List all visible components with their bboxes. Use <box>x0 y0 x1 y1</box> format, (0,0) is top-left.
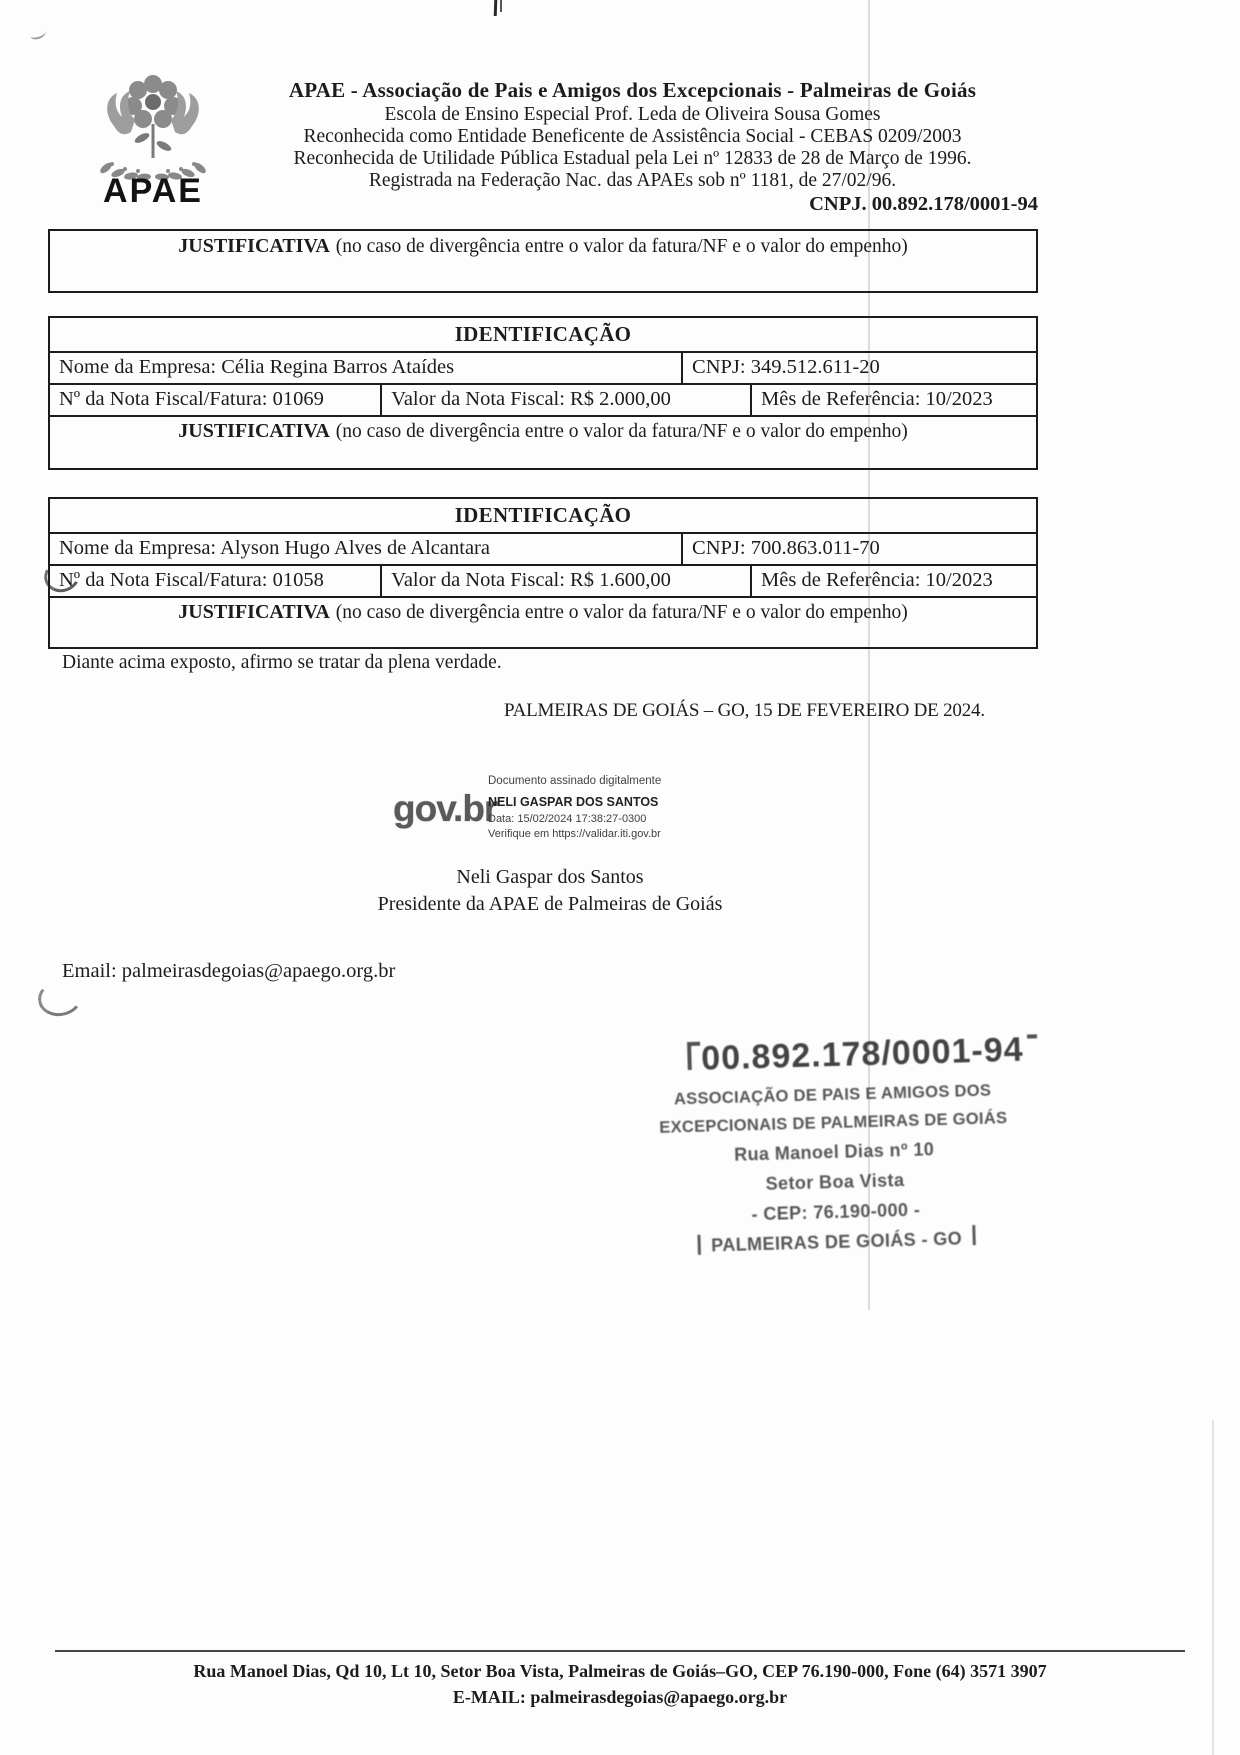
signature-note: Documento assinado digitalmente <box>488 775 661 787</box>
table-row: Nº da Nota Fiscal/Fatura: 01069 Valor da… <box>50 383 1036 415</box>
justification-title: JUSTIFICATIVA <box>178 420 330 442</box>
valor-cell: Valor da Nota Fiscal: R$ 2.000,00 <box>380 385 750 415</box>
table-row: Nº da Nota Fiscal/Fatura: 01058 Valor da… <box>50 564 1036 596</box>
footer-address: Rua Manoel Dias, Qd 10, Lt 10, Setor Boa… <box>0 1658 1240 1684</box>
signature-verify-url: Verifique em https://validar.iti.gov.br <box>488 828 661 840</box>
city-date-line: PALMEIRAS DE GOIÁS – GO, 15 DE FEVEREIRO… <box>504 700 985 722</box>
justification-title: JUSTIFICATIVA <box>178 601 330 623</box>
staple-mark-2 <box>500 0 502 12</box>
email-line: Email: palmeirasdegoias@apaego.org.br <box>62 960 395 983</box>
letterhead: APAE - Associação de Pais e Amigos dos E… <box>225 78 1040 215</box>
staple-mark <box>494 0 498 16</box>
table-row: Nome da Empresa: Alyson Hugo Alves de Al… <box>50 532 1036 564</box>
signer-block: Neli Gaspar dos Santos Presidente da APA… <box>330 864 770 918</box>
mes-referencia-cell: Mês de Referência: 10/2023 <box>750 566 1036 596</box>
cnpj-cell: CNPJ: 700.863.011-70 <box>681 534 1036 564</box>
org-federation: Registrada na Federação Nac. das APAEs s… <box>225 170 1040 192</box>
identification-table-1: IDENTIFICAÇÃO Nome da Empresa: Célia Reg… <box>48 316 1038 470</box>
org-cebas: Reconhecida como Entidade Beneficente de… <box>225 126 1040 148</box>
nota-fiscal-cell: Nº da Nota Fiscal/Fatura: 01058 <box>50 566 380 596</box>
mes-referencia-cell: Mês de Referência: 10/2023 <box>750 385 1036 415</box>
document-page: APAE APAE - Associação de Pais e Amigos … <box>0 0 1240 1755</box>
org-cnpj: CNPJ. 00.892.178/0001-94 <box>225 193 1040 215</box>
footer: Rua Manoel Dias, Qd 10, Lt 10, Setor Boa… <box>0 1658 1240 1710</box>
justification-row: JUSTIFICATIVA(no caso de divergência ent… <box>50 415 1036 468</box>
identification-table-2: IDENTIFICAÇÃO Nome da Empresa: Alyson Hu… <box>48 497 1038 649</box>
signer-role: Presidente da APAE de Palmeiras de Goiás <box>330 891 770 918</box>
cnpj-cell: CNPJ: 349.512.611-20 <box>681 353 1036 383</box>
valor-cell: Valor da Nota Fiscal: R$ 1.600,00 <box>380 566 750 596</box>
org-school: Escola de Ensino Especial Prof. Leda de … <box>225 104 1040 126</box>
rubber-stamp: 00.892.178/0001-94 ASSOCIAÇÃO DE PAIS E … <box>625 1030 1043 1262</box>
apae-logo: APAE <box>78 64 228 206</box>
logo-apae-text: APAE <box>103 172 203 206</box>
nota-fiscal-cell: Nº da Nota Fiscal/Fatura: 01069 <box>50 385 380 415</box>
stamp-city: PALMEIRAS DE GOIÁS - GO <box>697 1223 977 1261</box>
digital-signature-block: gov.br Documento assinado digitalmente N… <box>393 770 813 855</box>
footer-divider <box>55 1650 1185 1652</box>
stamp-cnpj: 00.892.178/0001-94 <box>701 1031 1024 1079</box>
org-utility: Reconhecida de Utilidade Pública Estadua… <box>225 148 1040 170</box>
justification-title: JUSTIFICATIVA <box>178 235 330 257</box>
empresa-cell: Nome da Empresa: Célia Regina Barros Ata… <box>50 353 681 383</box>
org-name: APAE - Associação de Pais e Amigos dos E… <box>225 78 1040 102</box>
empresa-cell: Nome da Empresa: Alyson Hugo Alves de Al… <box>50 534 681 564</box>
table-title-label: IDENTIFICAÇÃO <box>455 503 632 528</box>
signature-date: Data: 15/02/2024 17:38:27-0300 <box>488 813 646 825</box>
signer-name: Neli Gaspar dos Santos <box>330 864 770 891</box>
pen-squiggle-mark <box>29 26 47 40</box>
signature-name: NELI GASPAR DOS SANTOS <box>488 795 658 809</box>
table-title-label: IDENTIFICAÇÃO <box>455 322 632 347</box>
govbr-logo: gov.br <box>393 788 497 830</box>
table-row: Nome da Empresa: Célia Regina Barros Ata… <box>50 351 1036 383</box>
justification-row: JUSTIFICATIVA(no caso de divergência ent… <box>50 596 1036 647</box>
justification-note: (no caso de divergência entre o valor da… <box>336 236 908 257</box>
justification-note: (no caso de divergência entre o valor da… <box>336 421 908 442</box>
declaration-text: Diante acima exposto, afirmo se tratar d… <box>62 652 502 674</box>
justification-note: (no caso de divergência entre o valor da… <box>336 602 908 623</box>
table-title: IDENTIFICAÇÃO <box>50 499 1036 532</box>
justification-box: JUSTIFICATIVA(no caso de divergência ent… <box>48 229 1038 293</box>
footer-email: E-MAIL: palmeirasdegoias@apaego.org.br <box>0 1684 1240 1710</box>
table-title: IDENTIFICAÇÃO <box>50 318 1036 351</box>
